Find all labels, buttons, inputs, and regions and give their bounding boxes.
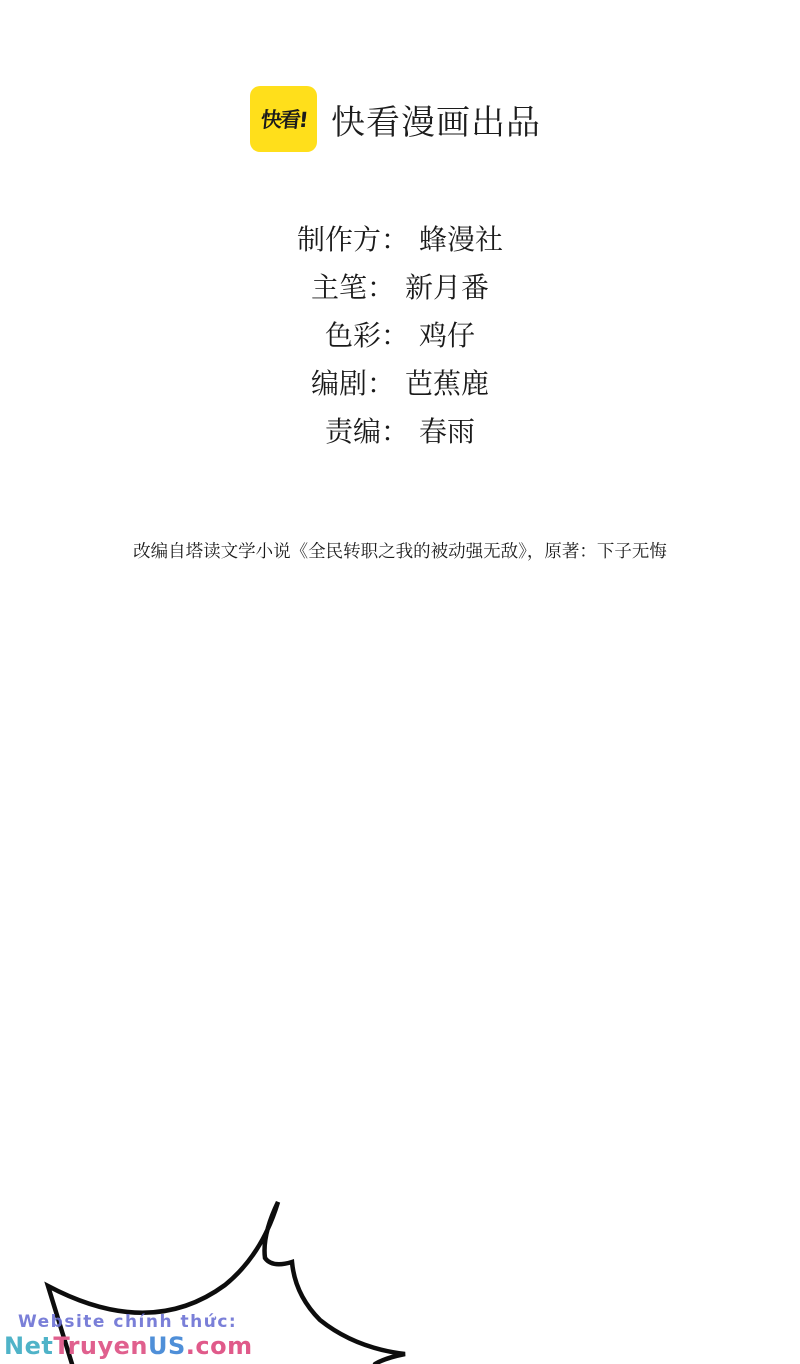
kuaikan-logo-icon: 快看! [250, 86, 317, 152]
watermark-site-part: Net [4, 1332, 53, 1360]
credit-writer: 编剧：芭蕉鹿 [0, 362, 800, 410]
credit-role: 责编 [325, 415, 381, 448]
credits-list: 制作方：蜂漫社 主笔：新月番 色彩：鸡仔 编剧：芭蕉鹿 责编：春雨 [0, 218, 800, 458]
watermark-caption: Website chính thức: [18, 1314, 253, 1331]
credit-separator: ： [367, 367, 395, 400]
credit-role: 编剧 [311, 367, 367, 400]
publisher-brand: 快看! 快看漫画出品 [250, 86, 541, 152]
credit-role: 制作方 [297, 223, 381, 256]
credit-role: 色彩 [325, 319, 381, 352]
credit-name: 春雨 [419, 415, 475, 448]
watermark-site: NetTruyenUS.com [4, 1334, 253, 1358]
watermark-site-part: US [148, 1332, 186, 1360]
credit-colorist: 色彩：鸡仔 [0, 314, 800, 362]
watermark-site-part: Truyen [53, 1332, 148, 1360]
logo-text: 快看! [259, 104, 308, 134]
credit-editor: 责编：春雨 [0, 410, 800, 458]
credit-role: 主笔 [311, 271, 367, 304]
credit-producer: 制作方：蜂漫社 [0, 218, 800, 266]
credit-name: 蜂漫社 [419, 223, 503, 256]
credit-separator: ： [367, 271, 395, 304]
site-watermark: Website chính thức: NetTruyenUS.com [4, 1314, 253, 1358]
credit-separator: ： [381, 319, 409, 352]
watermark-site-part: .com [186, 1332, 253, 1360]
credit-separator: ： [381, 415, 409, 448]
credit-name: 芭蕉鹿 [405, 367, 489, 400]
source-attribution: 改编自塔读文学小说《全民转职之我的被动强无敌》，原著：下子无悔 [0, 538, 800, 563]
credit-name: 鸡仔 [419, 319, 475, 352]
publisher-title: 快看漫画出品 [331, 95, 541, 144]
credit-name: 新月番 [405, 271, 489, 304]
credit-separator: ： [381, 223, 409, 256]
credit-lead-artist: 主笔：新月番 [0, 266, 800, 314]
